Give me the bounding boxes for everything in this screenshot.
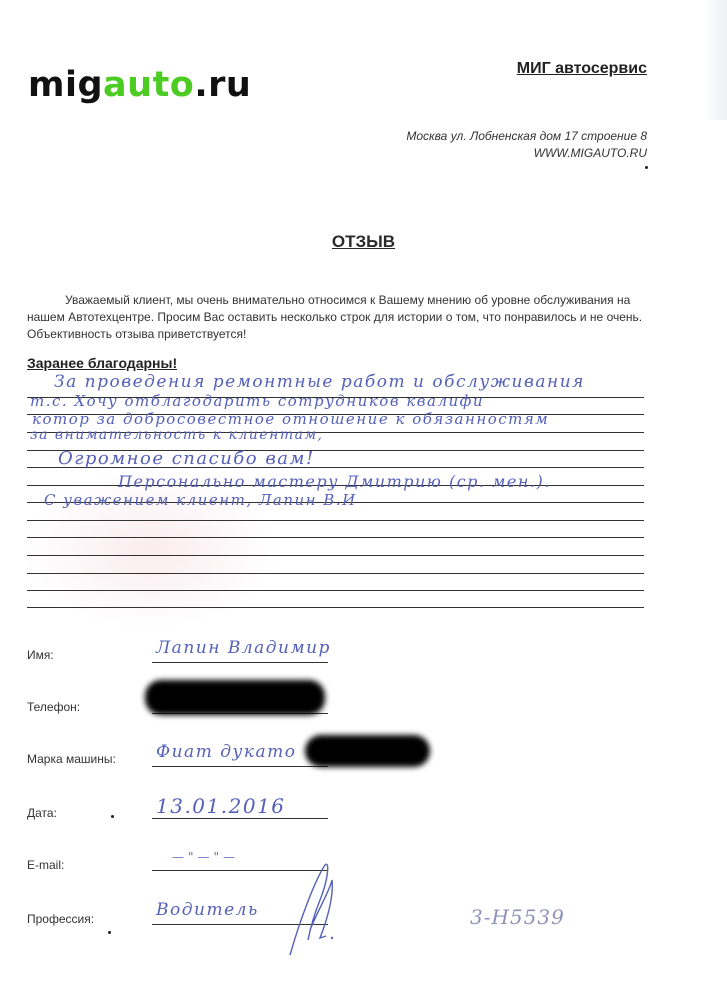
field-underline xyxy=(152,818,328,819)
intro-text: Уважаемый клиент, мы очень внимательно о… xyxy=(27,293,642,341)
field-value: Водитель xyxy=(156,900,259,920)
field-value: Лапин Владимир xyxy=(156,638,331,658)
logo-accent: auto xyxy=(103,65,194,105)
field-label: Профессия: xyxy=(27,912,94,926)
scan-edge-shadow xyxy=(705,0,727,120)
redacted-car-model xyxy=(305,735,430,767)
review-line: За проведения ремонтные работ и обслужив… xyxy=(54,372,585,392)
field-value: 13.01.2016 xyxy=(156,794,286,818)
company-address: Москва ул. Лобненская дом 17 строение 8 xyxy=(406,128,647,145)
review-line: Огромное спасибо вам! xyxy=(58,448,315,469)
field-label: Марка машины: xyxy=(27,752,116,766)
field-label: Имя: xyxy=(27,648,54,662)
ruled-line xyxy=(27,573,644,574)
field-label: E-mail: xyxy=(27,858,64,872)
ruled-line xyxy=(27,607,644,608)
ink-dot xyxy=(108,931,111,934)
field-value: Фиат дукато xyxy=(156,742,297,762)
intro-paragraph: Уважаемый клиент, мы очень внимательно о… xyxy=(27,292,652,343)
signature-icon xyxy=(270,860,340,960)
field-underline xyxy=(152,766,328,767)
field-label: Телефон: xyxy=(27,700,80,714)
review-line: т.с. Хочу отблагодарить сотрудников квал… xyxy=(30,392,484,410)
company-address-block: Москва ул. Лобненская дом 17 строение 8 … xyxy=(406,128,647,162)
review-line: котор за добросовестное отношение к обяз… xyxy=(32,410,549,428)
review-line: С уважением клиент, Лапин В.И xyxy=(44,491,357,509)
logo-prefix: mig xyxy=(28,65,103,105)
review-line: за внимательность к клиентам, xyxy=(30,427,324,443)
logo-suffix: .ru xyxy=(194,65,251,105)
ruled-line xyxy=(27,537,644,538)
page-title: ОТЗЫВ xyxy=(0,232,727,252)
ruled-line xyxy=(27,520,644,521)
field-underline xyxy=(152,662,328,663)
thanks-heading: Заранее благодарны! xyxy=(27,355,177,371)
company-name: МИГ автосервис xyxy=(517,60,647,78)
field-label: Дата: xyxy=(27,806,57,820)
ink-dot xyxy=(111,815,114,818)
field-value: —"—"— xyxy=(172,850,239,864)
migauto-logo: migauto.ru xyxy=(28,68,251,103)
redacted-phone xyxy=(145,680,325,715)
ink-dot xyxy=(645,166,648,169)
review-line: Персонально мастеру Дмитрию (ср. мен.). xyxy=(118,472,551,491)
ruled-line xyxy=(27,590,644,591)
ruled-line xyxy=(27,555,644,556)
company-website: WWW.MIGAUTO.RU xyxy=(406,145,647,162)
reference-number: 3-Н5539 xyxy=(470,905,565,929)
